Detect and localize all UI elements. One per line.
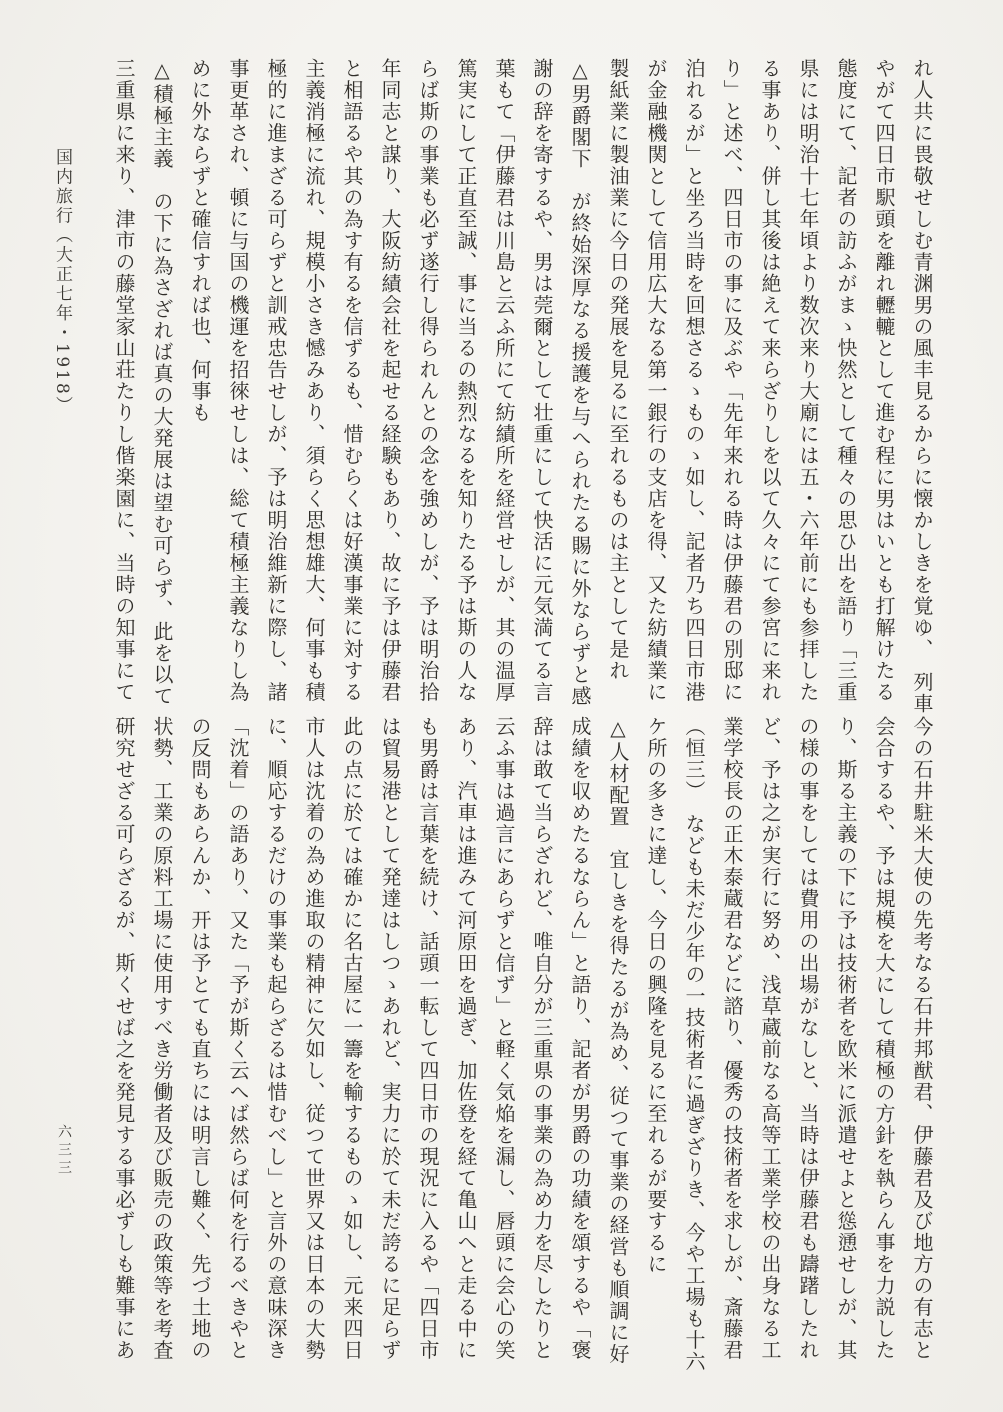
- text-column: 態度にて、記者の訪ふがまゝ快然として種々の思ひ出を語り「三重: [827, 58, 865, 676]
- text-column: やがて四日市駅頭を離れ轣轆として進む程に男はいとも打解けたる: [865, 58, 903, 676]
- text-column: る事あり、併し其後は絶えて来らざりしを以て久々にて参宮に来れ: [751, 58, 789, 676]
- text-column: の反問もあらんか、开は予とても直ちには明言し難く、先づ土地の: [181, 716, 219, 1334]
- text-column: 泊れるが」と坐ろ当時を回想さるゝものゝ如し、記者乃ち四日市港: [675, 58, 713, 676]
- text-column: 謝の辞を寄するや、男は莞爾として壮重にして快活に元気満てる言: [523, 58, 561, 676]
- page-number: 六三三: [54, 1124, 74, 1178]
- text-column: 主義消極に流れ、規模小さき憾みあり、須らく思想雄大、何事も積: [295, 58, 333, 676]
- bottom-text-block: 今の石井駐米大使の先考なる石井邦猷君、伊藤君及び地方の有志と会合するや、予は規模…: [105, 716, 941, 1334]
- text-column: 此の点に於ては確かに名古屋に一籌を輸するものゝ如し、元来四日: [333, 716, 371, 1334]
- text-column: 極的に進まざる可らずと訓戒忠告せしが、予は明治維新に際し、諸: [257, 58, 295, 676]
- text-column: り」と述べ、四日市の事に及ぶや「先年来れる時は伊藤君の別邸に: [713, 58, 751, 676]
- text-column: ど、予は之が実行に努め、浅草蔵前なる高等工業学校の出身なる工: [751, 716, 789, 1334]
- text-column: り、斯る主義の下に予は技術者を欧米に派遣せよと慫慂せしが、其: [827, 716, 865, 1334]
- book-page: 国内旅行（大正七年・1918） れ人共に畏敬せしむ青渊男の風丰見るからに懐かしき…: [0, 0, 1003, 1412]
- text-column: 市人は沈着の為め進取の精神に欠如し、従つて世界又は日本の大勢: [295, 716, 333, 1334]
- text-column: らば斯の事業も必ず遂行し得られんとの念を強めしが、予は明治拾: [409, 58, 447, 676]
- text-column: 会合するや、予は規模を大にして積極の方針を執らん事を力説した: [865, 716, 903, 1334]
- text-column: 「沈着」の語あり、又た「予が斯く云へば然らば何を行るべきやと: [219, 716, 257, 1334]
- text-column: が金融機関として信用広大なる第一銀行の支店を得、又た紡績業に: [637, 58, 675, 676]
- text-column: 年同志と謀り、大阪紡績会社を起せる経験もあり、故に予は伊藤君: [371, 58, 409, 676]
- text-column: 辞は敢て当らざれど、唯自分が三重県の事業の為め力を尽したりと: [523, 716, 561, 1334]
- chapter-header: 国内旅行（大正七年・1918）: [50, 148, 75, 416]
- text-column: れ人共に畏敬せしむ青渊男の風丰見るからに懐かしきを覚ゆ、 列車: [903, 58, 941, 676]
- text-column: 県には明治十七年頃より数次来り大廟には五・六年前にも参拝した: [789, 58, 827, 676]
- text-column: 云ふ事は過言にあらずと信ず」と軽く気焔を漏し、唇頭に会心の笑: [485, 716, 523, 1334]
- text-column: △男爵閣下 が終始深厚なる援護を与へられたる賜に外ならずと感: [561, 58, 599, 676]
- text-column: 研究せざる可らざるが、斯くせば之を発見する事必ずしも難事にあ: [105, 716, 143, 1334]
- text-column: 業学校長の正木泰蔵君などに諮り、優秀の技術者を求しが、斎藤君: [713, 716, 751, 1334]
- text-column: 葉もて「伊藤君は川島と云ふ所にて紡績所を経営せしが、其の温厚: [485, 58, 523, 676]
- text-column: 事更革され、頓に与国の機運を招徠せしは、総て積極主義なりし為: [219, 58, 257, 676]
- text-column: 成績を収めたるならん」と語り、記者が男爵の功績を頌するや「褒: [561, 716, 599, 1334]
- text-column: 三重県に来り、津市の藤堂家山荘たりし偕楽園に、当時の知事にて: [105, 58, 143, 676]
- text-column: ケ所の多きに達し、今日の興隆を見るに至れるが要するに: [637, 716, 675, 1334]
- text-column: 今の石井駐米大使の先考なる石井邦猷君、伊藤君及び地方の有志と: [903, 716, 941, 1334]
- text-column: も男爵は言葉を続け、話頭一転して四日市の現況に入るや「四日市: [409, 716, 447, 1334]
- text-column: の様の事をしては費用の出場がなしと、当時は伊藤君も躊躇したれ: [789, 716, 827, 1334]
- text-column: △人材配置 宜しきを得たるが為め、従つて事業の経営も順調に好: [599, 716, 637, 1334]
- text-column: 篤実にして正直至誠、事に当るの熱烈なるを知りたる予は斯の人な: [447, 58, 485, 676]
- text-column: は貿易港として発達はしつゝあれど、実力に於て未だ誇るに足らず: [371, 716, 409, 1334]
- text-column: めに外ならずと確信すれば也、何事も: [181, 58, 219, 676]
- text-column: △積極主義 の下に為さざれば真の大発展は望む可らず、此を以て: [143, 58, 181, 676]
- text-column: あり、汽車は進みて河原田を過ぎ、加佐登を経て亀山へと走る中に: [447, 716, 485, 1334]
- text-column: 状勢、工業の原料工場に使用すべき労働者及び販売の政策等を考査: [143, 716, 181, 1334]
- text-column: と相語るや其の為す有るを信ずるも、惜むらくは好漢事業に対する: [333, 58, 371, 676]
- text-column: 製紙業に製油業に今日の発展を見るに至れるものは主として是れ: [599, 58, 637, 676]
- text-column: （恒三） なども未だ少年の一技術者に過ぎざりき、今や工場も十六: [675, 716, 713, 1334]
- text-column: に、順応するだけの事業も起らざるは惜むべし」と言外の意味深き: [257, 716, 295, 1334]
- top-text-block: れ人共に畏敬せしむ青渊男の風丰見るからに懐かしきを覚ゆ、 列車やがて四日市駅頭を…: [105, 58, 941, 676]
